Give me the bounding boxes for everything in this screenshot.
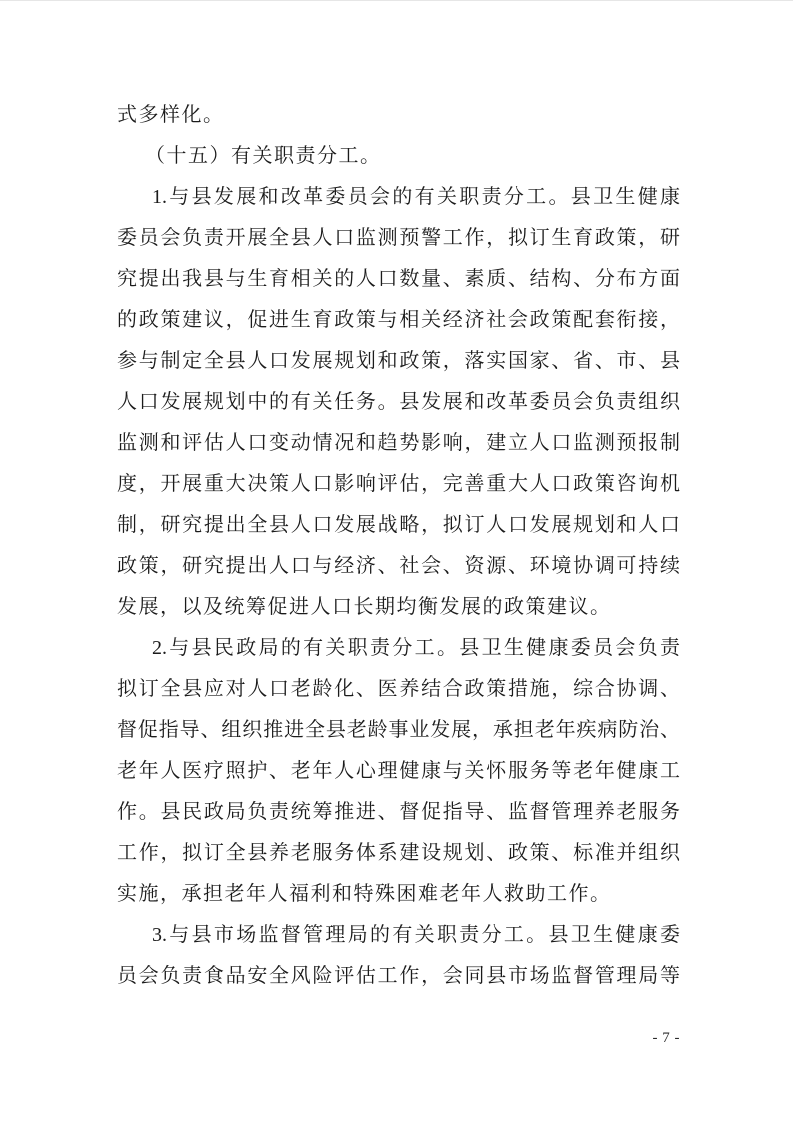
text-line: 督促指导、组织推进全县老龄事业发展，承担老年疾病防治、 xyxy=(117,710,680,751)
text-line: 老年人医疗照护、老年人心理健康与关怀服务等老年健康工 xyxy=(117,751,680,792)
page-number: - 7 - xyxy=(117,1025,680,1051)
text-line: 制，研究提出全县人口发展战略，拟订人口发展规划和人口 xyxy=(117,505,680,546)
text-line: 员会负责食品安全风险评估工作，会同县市场监督管理局等 xyxy=(117,956,680,997)
text-line: 人口发展规划中的有关任务。县发展和改革委员会负责组织 xyxy=(117,382,680,423)
text-line: 发展，以及统筹促进人口长期均衡发展的政策建议。 xyxy=(117,587,680,628)
document-body: 式多样化。（十五）有关职责分工。1.与县发展和改革委员会的有关职责分工。县卫生健… xyxy=(117,95,680,997)
text-line: 作。县民政局负责统筹推进、督促指导、监督管理养老服务 xyxy=(117,792,680,833)
text-line: 究提出我县与生育相关的人口数量、素质、结构、分布方面 xyxy=(117,259,680,300)
text-line: 监测和评估人口变动情况和趋势影响，建立人口监测预报制 xyxy=(117,423,680,464)
text-line: 拟订全县应对人口老龄化、医养结合政策措施，综合协调、 xyxy=(117,669,680,710)
text-line: 政策，研究提出人口与经济、社会、资源、环境协调可持续 xyxy=(117,546,680,587)
text-line: 3.与县市场监督管理局的有关职责分工。县卫生健康委 xyxy=(117,915,680,956)
text-line: 的政策建议，促进生育政策与相关经济社会政策配套衔接， xyxy=(117,300,680,341)
text-line: 委员会负责开展全县人口监测预警工作，拟订生育政策，研 xyxy=(117,218,680,259)
text-line: 工作，拟订全县养老服务体系建设规划、政策、标准并组织 xyxy=(117,833,680,874)
text-line: 参与制定全县人口发展规划和政策，落实国家、省、市、县 xyxy=(117,341,680,382)
text-line: 1.与县发展和改革委员会的有关职责分工。县卫生健康 xyxy=(117,177,680,218)
text-line: 度，开展重大决策人口影响评估，完善重大人口政策咨询机 xyxy=(117,464,680,505)
document-page: 式多样化。（十五）有关职责分工。1.与县发展和改革委员会的有关职责分工。县卫生健… xyxy=(0,0,793,1122)
text-line: （十五）有关职责分工。 xyxy=(117,136,680,177)
text-line: 2.与县民政局的有关职责分工。县卫生健康委员会负责 xyxy=(117,628,680,669)
text-line: 式多样化。 xyxy=(117,95,680,136)
text-line: 实施，承担老年人福利和特殊困难老年人救助工作。 xyxy=(117,874,680,915)
